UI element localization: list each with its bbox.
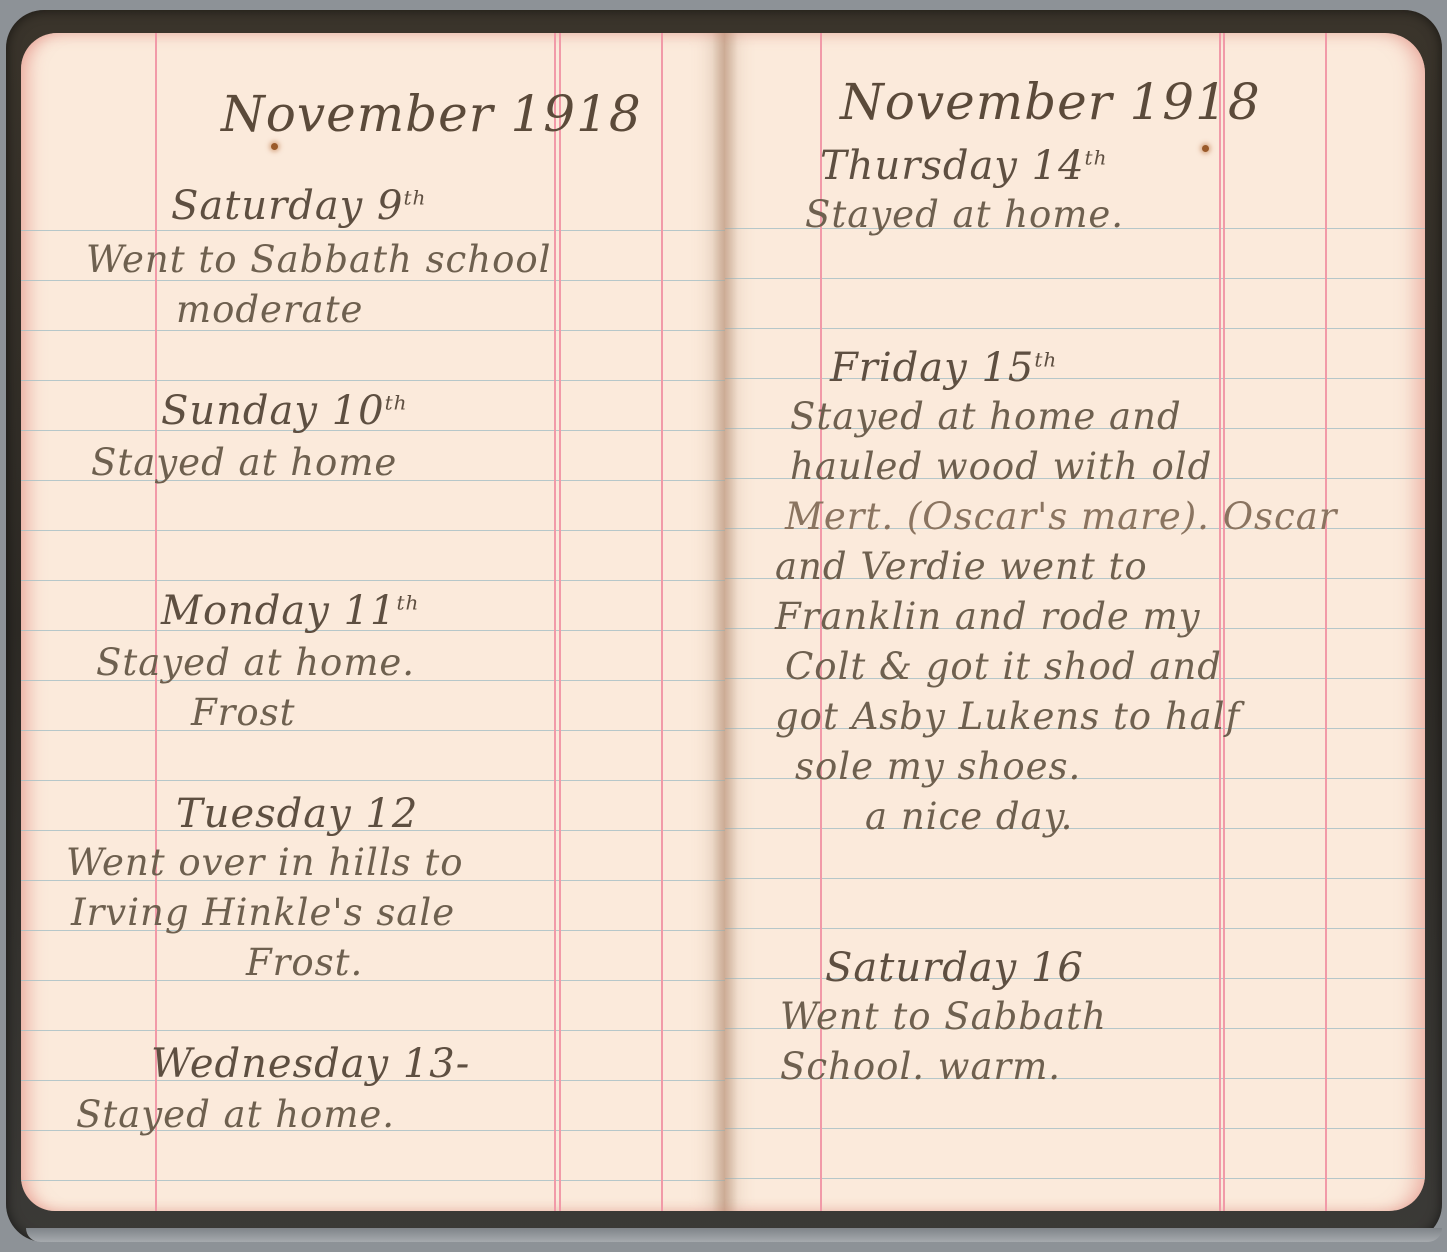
ruled-line [21,1030,725,1031]
entry-line: Franklin and rode my [775,595,1201,638]
entry-line: Stayed at home. [805,193,1124,236]
ruled-line [21,330,725,331]
entry-line: moderate [176,288,363,331]
entry-day: Tuesday 12 [176,791,418,837]
right-page: November 1918 Thursday 14th Stayed at ho… [725,33,1425,1211]
entry-day: Wednesday 13- [151,1041,470,1087]
entry-day: Monday 11th [161,588,419,634]
margin-line [155,33,157,1211]
ink-stain [271,143,278,150]
ruled-line [725,278,1425,279]
entry-day: Sunday 10th [161,388,408,434]
page-header: November 1918 [840,73,1261,131]
cover-bottom-edge [26,1228,1442,1242]
entry-line: Colt & got it shod and [785,645,1222,688]
entry-line: and Verdie went to [775,545,1148,588]
margin-line [1219,33,1221,1211]
entry-line: sole my shoes. [795,745,1081,788]
entry-line: Went to Sabbath [780,995,1107,1038]
entry-line: Stayed at home [91,441,397,484]
ruled-line [725,1128,1425,1129]
entry-day: Thursday 14th [820,143,1107,189]
ruled-line [725,328,1425,329]
entry-line: Mert. (Oscar's mare). Oscar [785,495,1337,538]
margin-line [554,33,556,1211]
entry-day: Friday 15th [830,345,1057,391]
entry-day: Saturday 9th [171,183,426,229]
entry-line: Irving Hinkle's sale [71,891,455,934]
ruled-line [21,380,725,381]
margin-line [559,33,561,1211]
ruled-line [21,530,725,531]
ruled-line [21,230,725,231]
margin-line [1223,33,1225,1211]
entry-day: Saturday 16 [825,945,1084,991]
entry-line: Frost [191,691,296,734]
ruled-line [21,1180,725,1181]
left-page: November 1918 Saturday 9th Went to Sabba… [21,33,725,1211]
ruled-line [21,780,725,781]
entry-line: a nice day. [865,795,1073,838]
ruled-line [725,828,1425,829]
page-header: November 1918 [221,85,642,143]
entry-line: got Asby Lukens to half [775,695,1240,738]
ruled-line [21,730,725,731]
entry-line: Went over in hills to [66,841,464,884]
ruled-line [725,928,1425,929]
entry-line: hauled wood with old [790,445,1212,488]
entry-line: Stayed at home. [76,1093,395,1136]
entry-line: Stayed at home. [96,641,415,684]
margin-line [1325,33,1327,1211]
margin-line [661,33,663,1211]
ruled-line [725,1178,1425,1179]
ruled-line [725,878,1425,879]
ruled-line [21,580,725,581]
entry-line: Went to Sabbath school [86,238,552,281]
entry-line: Stayed at home and [790,395,1182,438]
ruled-line [21,980,725,981]
ink-stain [1202,145,1209,152]
entry-line: School. warm. [780,1045,1061,1088]
entry-line: Frost. [246,941,363,984]
